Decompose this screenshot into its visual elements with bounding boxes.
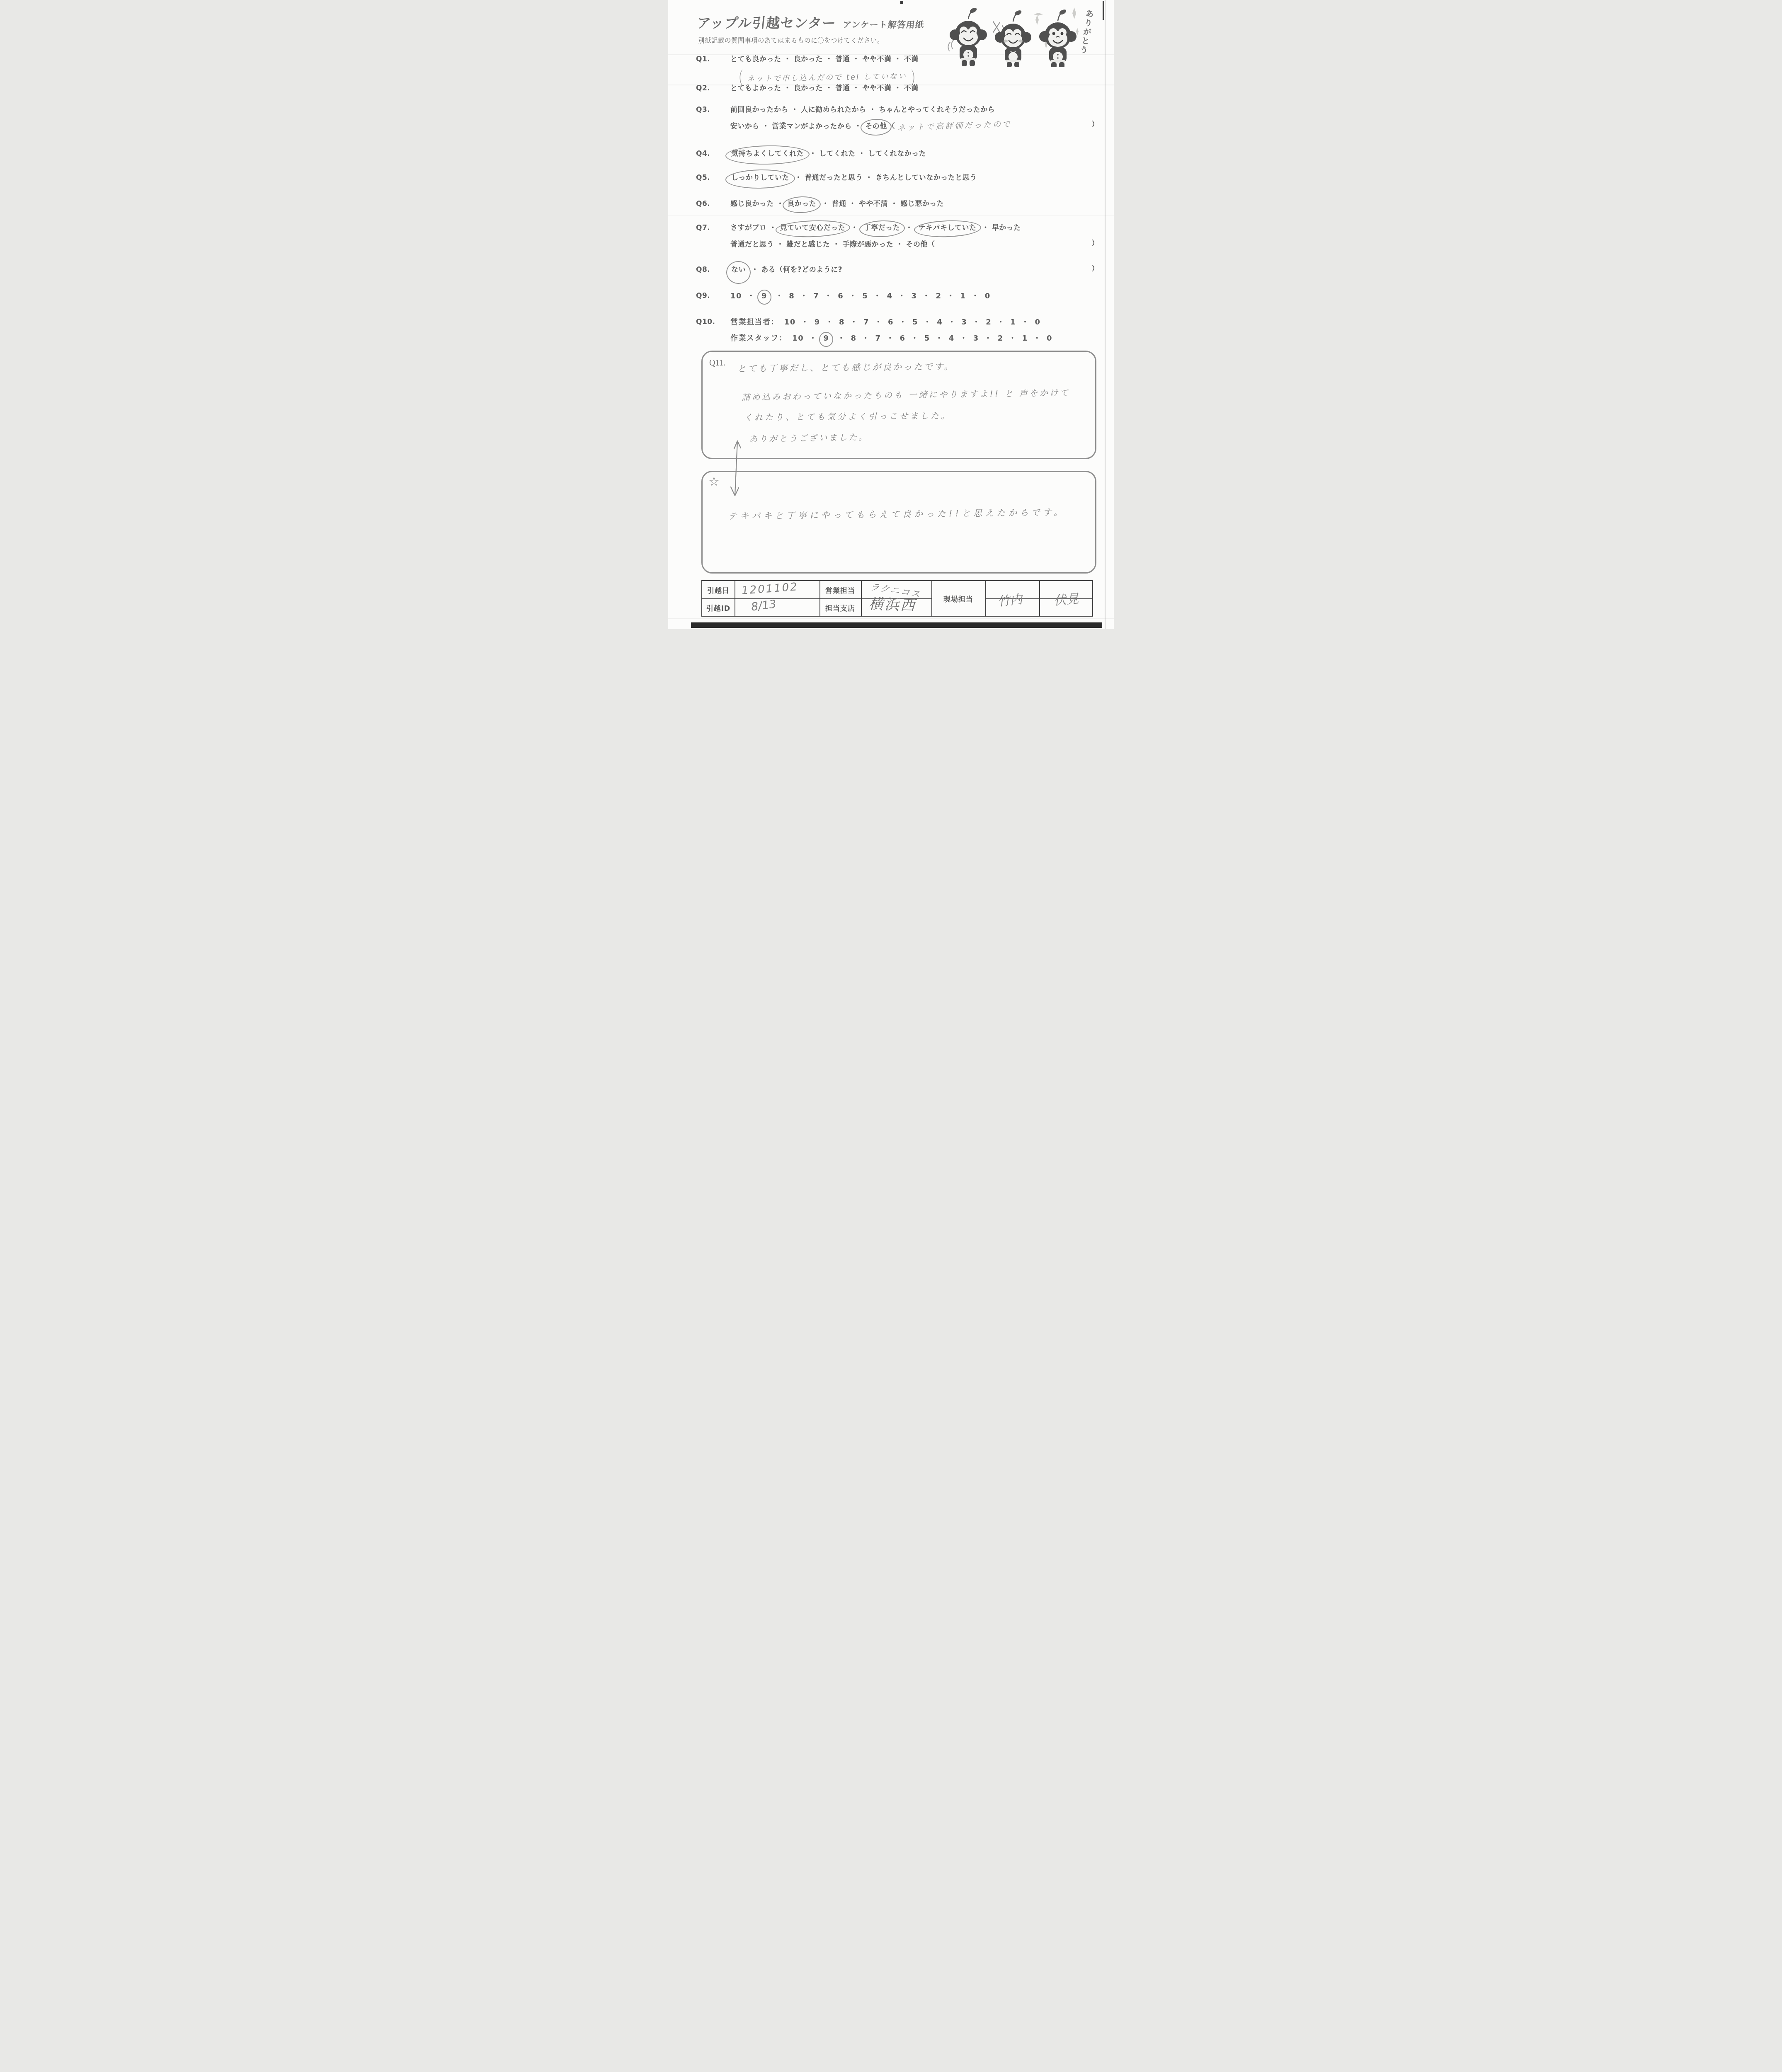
q10-row1-scale: 10 ・ 9 ・ 8 ・ 7 ・ 6 ・ 5 ・ 4 ・ 3 ・ 2 ・ 1 ・… <box>784 318 1041 327</box>
branch-value: 横浜西 <box>868 593 916 615</box>
site-staff-signature-1: 竹内 <box>996 589 1023 610</box>
survey-sheet-scan: アップル引越センター アンケート解答用紙 別紙記載の質問事項のあてはまるものに〇… <box>668 0 1114 629</box>
question-q8: Q8. ない ・ ある（何を?どのように? ） <box>696 265 1099 275</box>
question-q7: Q7. さすがプロ ・ 見ていて安心だった ・ 丁寧だった ・ テキパキしていた… <box>696 223 1099 233</box>
scan-artifact <box>668 618 1114 619</box>
q7-label: Q7. <box>696 223 730 233</box>
q9-scale: 10 ・ 9 ・ 8 ・ 7 ・ 6 ・ 5 ・ 4 ・ 3 ・ 2 ・ 1 ・… <box>730 291 1099 301</box>
svg-text:あ: あ <box>1085 9 1094 19</box>
svg-text:と: と <box>1081 36 1090 46</box>
q10-circled-score: 9 <box>822 334 830 344</box>
q11-handwritten-line2: 詰め込みおわっていなかったものも 一緒にやりますよ!! と 声をかけて <box>742 386 1070 402</box>
q4-label: Q4. <box>696 149 730 159</box>
q6-circled-option: 良かった <box>786 199 817 209</box>
q9-circled-score: 9 <box>761 291 768 301</box>
q8-label: Q8. <box>696 265 730 275</box>
q11-handwritten-line4: ありがとうございました。 <box>749 430 868 444</box>
q4-options: 気持ちよくしてくれた ・ してくれた ・ してくれなかった <box>730 149 1099 159</box>
q6-label: Q6. <box>696 199 730 209</box>
q7-sep2: ・ <box>906 224 913 232</box>
question-q5: Q5. しっかりしていた ・ 普通だったと思う ・ きちんとしていなかったと思う <box>696 173 1099 183</box>
q6-pre: 感じ良かった ・ <box>730 200 784 208</box>
q7-pre: さすがプロ ・ <box>730 224 776 232</box>
q10-row2: 作業スタッフ： 10 ・ 9 ・ 8 ・ 7 ・ 6 ・ 5 ・ 4 ・ 3 ・… <box>730 334 1099 344</box>
q5-circled-option: しっかりしていた <box>730 173 790 183</box>
q10-row2-label: 作業スタッフ： <box>730 334 787 343</box>
question-q3: Q3. 前回良かったから ・ 人に勧められたから ・ ちゃんとやってくれそうだっ… <box>696 105 1099 115</box>
q3-options-line1: 前回良かったから ・ 人に勧められたから ・ ちゃんとやってくれそうだったから <box>730 105 1099 115</box>
q8-close-paren: ） <box>1092 264 1099 274</box>
q8-options: ない ・ ある（何を?どのように? ） <box>730 265 1099 275</box>
q9-label: Q9. <box>696 291 730 301</box>
move-id-label: 引越ID <box>702 599 735 616</box>
page-title: アンケート解答用紙 <box>842 18 925 31</box>
q7-label-spacer <box>696 240 730 249</box>
q6-options: 感じ良かった ・ 良かった ・ 普通 ・ やや不満 ・ 感じ悪かった <box>730 199 1099 209</box>
star-handwritten-text: テキパキと丁寧にやってもらえて良かった!!と思えたからです。 <box>728 506 1065 522</box>
q5-options: しっかりしていた ・ 普通だったと思う ・ きちんとしていなかったと思う <box>730 173 1099 183</box>
q11-label: Q11. <box>709 358 725 368</box>
q1-note-text: ネットで申し込んだので tel していない <box>747 70 907 84</box>
q2-label: Q2. <box>696 84 730 93</box>
question-q1: Q1. とても良かった ・ 良かった ・ 普通 ・ やや不満 ・ 不満 <box>696 55 1099 64</box>
q3-handwritten-reason: ネットで高評価だったので <box>897 119 1012 133</box>
q4-circled-option: 気持ちよくしてくれた <box>730 149 805 159</box>
q7-sep1: ・ <box>851 224 858 232</box>
q7-circled-2: 丁寧だった <box>863 223 901 233</box>
q7-circled-3: テキパキしていた <box>918 223 977 233</box>
q10-row1: 営業担当者： 10 ・ 9 ・ 8 ・ 7 ・ 6 ・ 5 ・ 4 ・ 3 ・ … <box>730 317 1099 327</box>
scan-bottom-bar <box>691 622 1102 628</box>
q7-options-line2: 普通だと思う ・ 雑だと感じた ・ 手際が悪かった ・ その他（ ） <box>730 240 1099 249</box>
q10-row2-post: ・ 8 ・ 7 ・ 6 ・ 5 ・ 4 ・ 3 ・ 2 ・ 1 ・ 0 <box>837 334 1052 343</box>
q3-circled-sonota: その他 <box>864 122 888 131</box>
q11-handwritten-line1: とても丁寧だし、とても感じが良かったです。 <box>737 360 955 374</box>
motion-lines <box>948 40 953 51</box>
q3-options-line2: 安いから ・ 営業マンがよかったから ・ その他（ネットで高評価だったので ） <box>730 121 1099 132</box>
q3-label-spacer <box>696 121 730 132</box>
thanks-vertical-text: あ り が と う <box>1079 9 1094 56</box>
company-logo-text: アップル引越センター <box>696 12 837 32</box>
q3-open-paren: （ <box>888 122 895 131</box>
scan-edge-dash <box>1103 1 1104 20</box>
sales-rep-label: 営業担当 <box>819 581 861 598</box>
q10-label: Q10. <box>696 317 730 327</box>
q7-circled-1: 見ていて安心だった <box>779 223 846 233</box>
q3-label: Q3. <box>696 105 730 115</box>
q10-row1-label: 営業担当者： <box>730 318 779 327</box>
header: アップル引越センター アンケート解答用紙 <box>697 12 924 32</box>
footer-table: 引越日 引越ID 営業担当 担当支店 現場担当 1201102 8/13 ラクニ… <box>701 580 1093 617</box>
q3-close-paren: ） <box>1092 120 1099 130</box>
q11-comment-box: Q11. とても丁寧だし、とても感じが良かったです。 詰め込みおわっていなかった… <box>701 351 1096 459</box>
svg-text:り: り <box>1084 18 1093 28</box>
question-q4: Q4. 気持ちよくしてくれた ・ してくれた ・ してくれなかった <box>696 149 1099 159</box>
q5-rest: ・ 普通だったと思う ・ きちんとしていなかったと思う <box>795 174 977 182</box>
q5-label: Q5. <box>696 173 730 183</box>
scan-artifact <box>668 215 1114 216</box>
question-q2: Q2. とてもよかった ・ 良かった ・ 普通 ・ やや不満 ・ 不満 <box>696 84 1099 93</box>
q7-close-paren: ） <box>1092 239 1099 249</box>
q6-post: ・ 普通 ・ やや不満 ・ 感じ悪かった <box>822 200 944 208</box>
svg-text:う: う <box>1079 45 1088 55</box>
q8-rest: ・ ある（何を?どのように? <box>751 266 842 274</box>
site-staff-signature-2: 伏見 <box>1053 588 1079 608</box>
site-staff-label: 現場担当 <box>931 581 985 616</box>
q11-handwritten-line3: くれたり、とても気分よく引っこせました。 <box>744 409 951 423</box>
q7-post: ・ 早かった <box>982 224 1021 232</box>
q1-label: Q1. <box>696 55 730 64</box>
q9-pre: 10 ・ <box>730 292 755 300</box>
q10-row2-pre: 10 ・ <box>792 334 817 343</box>
move-date-value: 1201102 <box>741 581 799 597</box>
svg-text:が: が <box>1083 27 1091 37</box>
q7-line2-text: 普通だと思う ・ 雑だと感じた ・ 手際が悪かった ・ その他（ <box>730 240 935 249</box>
q10-label-spacer <box>696 334 730 344</box>
question-q10-line2: 作業スタッフ： 10 ・ 9 ・ 8 ・ 7 ・ 6 ・ 5 ・ 4 ・ 3 ・… <box>696 334 1099 344</box>
scan-speck <box>900 1 903 4</box>
star-icon: ☆ <box>708 474 720 489</box>
q1-options: とても良かった ・ 良かった ・ 普通 ・ やや不満 ・ 不満 <box>730 55 1099 64</box>
branch-label: 担当支店 <box>819 599 861 616</box>
question-q9: Q9. 10 ・ 9 ・ 8 ・ 7 ・ 6 ・ 5 ・ 4 ・ 3 ・ 2 ・… <box>696 291 1099 301</box>
instruction-text: 別紙記載の質問事項のあてはまるものに〇をつけてください。 <box>698 36 884 45</box>
q2-options: とてもよかった ・ 良かった ・ 普通 ・ やや不満 ・ 不満 <box>730 84 1099 93</box>
move-id-value: 8/13 <box>750 598 777 613</box>
question-q10: Q10. 営業担当者： 10 ・ 9 ・ 8 ・ 7 ・ 6 ・ 5 ・ 4 ・… <box>696 317 1099 327</box>
q4-rest: ・ してくれた ・ してくれなかった <box>809 150 926 158</box>
question-q6: Q6. 感じ良かった ・ 良かった ・ 普通 ・ やや不満 ・ 感じ悪かった <box>696 199 1099 209</box>
q9-post: ・ 8 ・ 7 ・ 6 ・ 5 ・ 4 ・ 3 ・ 2 ・ 1 ・ 0 <box>776 292 991 300</box>
scan-edge-line <box>1105 0 1106 629</box>
question-q7-line2: 普通だと思う ・ 雑だと感じた ・ 手際が悪かった ・ その他（ ） <box>696 240 1099 249</box>
q7-options-line1: さすがプロ ・ 見ていて安心だった ・ 丁寧だった ・ テキパキしていた ・ 早… <box>730 223 1099 233</box>
q8-circled-option: ない <box>730 265 747 275</box>
question-q3-line2: 安いから ・ 営業マンがよかったから ・ その他（ネットで高評価だったので ） <box>696 121 1099 132</box>
star-comment-box: ☆ テキパキと丁寧にやってもらえて良かった!!と思えたからです。 <box>701 471 1096 574</box>
q3-line2-pre: 安いから ・ 営業マンがよかったから ・ <box>730 122 862 131</box>
move-date-label: 引越日 <box>702 581 735 598</box>
